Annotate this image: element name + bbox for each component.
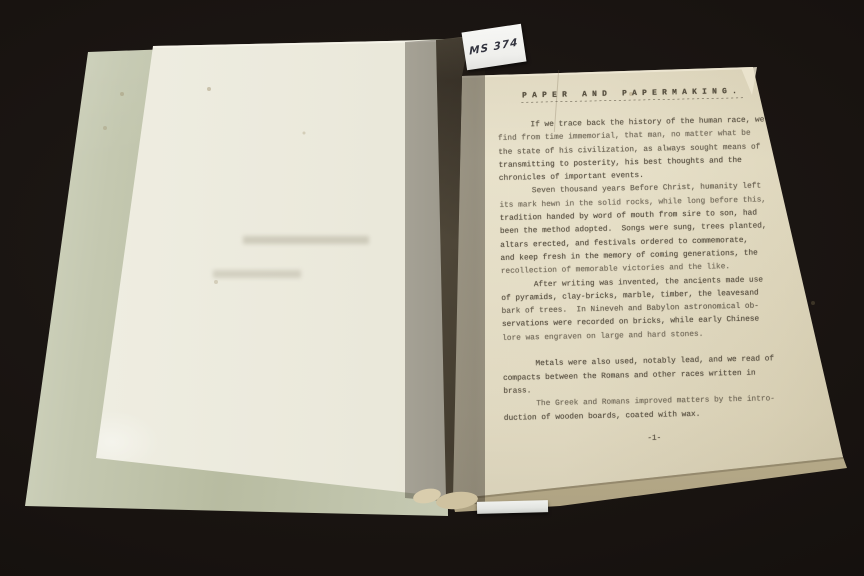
typewritten-text-block: PAPER AND PAPERMAKING. -----------------… — [497, 84, 774, 448]
typed-lines: If we trace back the history of the huma… — [498, 114, 774, 425]
show-through-mark — [213, 270, 301, 278]
archive-label-text: MS 374 — [469, 36, 519, 57]
archive-label: MS 374 — [462, 24, 527, 70]
paper-slip — [477, 500, 548, 514]
foxing-specks — [0, 0, 2, 2]
photographed-manuscript: PAPER AND PAPERMAKING. -----------------… — [0, 0, 864, 576]
show-through-mark — [243, 236, 369, 244]
